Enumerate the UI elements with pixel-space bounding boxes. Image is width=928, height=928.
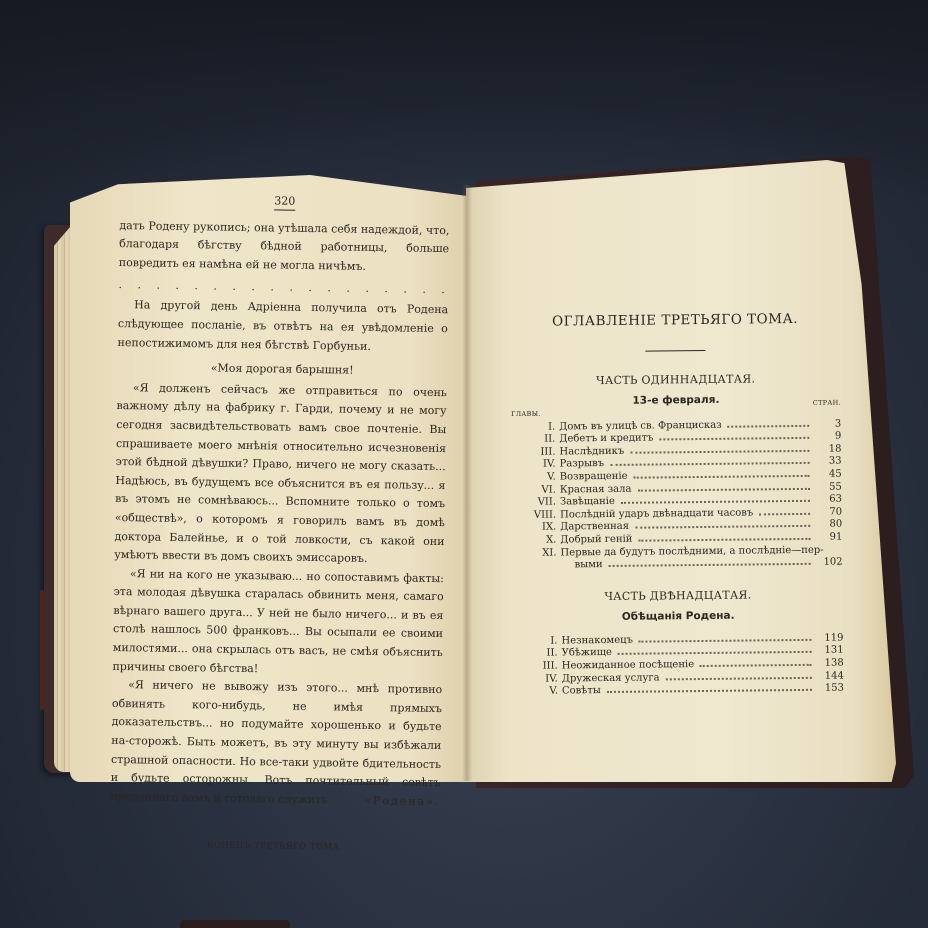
dot-leader [638,538,810,542]
end-of-volume-note: КОНЕЦЪ ТРЕТЬЯГО ТОМА. [110,835,440,859]
page-number: 320 [120,190,450,214]
page-ref: 144 [818,670,844,681]
page-edge-stain [40,590,44,710]
page-ref: 138 [818,657,844,668]
dot-leader [621,500,810,504]
part-heading: ЧАСТЬ ДВѢНАДЦАТАЯ. [513,588,843,604]
paragraph: На другой день Адріенна получила отъ Род… [117,296,448,357]
title-rule [645,350,705,352]
chapter-number: VII. [512,497,560,509]
dot-leader [607,689,812,693]
dot-leader [637,487,809,491]
chapter-title: Совѣты [562,685,601,696]
chapter-title: Наслѣдникъ [559,446,624,458]
chapter-title: Красная зала [560,483,632,495]
page-ref: 9 [815,431,841,442]
dot-leader [639,639,812,643]
page-ref: 3 [815,418,841,429]
page-ref: 80 [816,519,842,530]
chapter-title: Послѣдній ударъ двѣнадцати часовъ [560,507,753,520]
table-of-contents: ОГЛАВЛЕНІЕ ТРЕТЬЯГО ТОМА. ЧАСТЬ ОДИННАДЦ… [510,309,844,698]
book-gutter [462,185,472,781]
paragraph: дать Родену рукопись; она утѣшала себя н… [119,217,450,278]
page-ref: 18 [815,443,841,454]
page-ref: 91 [816,531,842,542]
page-ref: 33 [816,456,842,467]
page-ref: 63 [816,494,842,505]
chapter-number: IX. [512,522,560,534]
dot-leader [610,462,810,466]
chapter-number: III. [511,446,559,458]
chapter-title: Дебетъ и кредитъ [559,433,653,445]
dot-leader [759,513,810,516]
chapter-number: V. [512,471,560,483]
chapter-title: Дарственная [560,521,629,533]
chapter-number: I. [511,421,559,433]
chapter-number: IV. [514,673,562,685]
col-pages-label: СТРАН. [813,399,841,417]
chapter-number: II. [514,648,562,660]
section-separator: . . . . . . . . . . . . . . . . . . . . … [118,276,448,299]
toc-list: I.Домъ въ улицѣ св. Францисказ3II.Дебетъ… [511,417,843,572]
page-ref: 131 [818,645,844,656]
dot-leader [630,450,809,454]
chapter-number: XI. [512,547,560,559]
chapter-number: III. [514,660,562,672]
dot-leader [660,437,810,441]
chapter-number: IV. [512,459,560,471]
part-heading: ЧАСТЬ ОДИННАДЦАТАЯ. [511,372,841,388]
dot-leader [618,651,812,655]
chapter-number: VIII. [512,509,560,521]
chapter-number: I. [513,635,561,647]
object-edge [180,920,290,928]
paragraph: «Я ничего не вывожу изъ этого... мнѣ про… [110,676,442,811]
page-ref: 70 [816,506,842,517]
chapter-title: Незнакомецъ [561,634,633,646]
dot-leader [666,676,812,680]
page-ref: 153 [818,683,844,694]
paragraph: «Я ни на кого не указываю... но сопостав… [112,565,444,682]
toc-list: I.Незнакомецъ119II.Убѣжище131III.Неожида… [513,631,844,697]
chapter-title-continued: выми [575,559,603,570]
chapter-title: Добрый геній [560,534,632,546]
part-subtitle: 13-е февраля. [511,393,841,408]
toc-title: ОГЛАВЛЕНІЕ ТРЕТЬЯГО ТОМА. [510,311,840,330]
dot-leader [700,664,812,667]
chapter-number: V. [514,686,562,698]
chapter-number: II. [511,434,559,446]
page-ref: 45 [816,469,842,480]
chapter-number: VI. [512,484,560,496]
paragraph: «Я долженъ сейчасъ же отправиться по оче… [114,379,447,570]
chapter-title: Неожиданное посѣщеніе [562,659,695,671]
col-chapters-label: ГЛАВЫ. [511,410,541,420]
chapter-title: Возвращеніе [560,471,628,483]
part-subtitle: Обѣщанія Родена. [513,609,843,624]
chapter-title: Домъ въ улицѣ св. Францисказ [559,419,722,432]
chapter-title: Убѣжище [562,647,612,659]
dot-leader [609,563,811,567]
dot-leader [728,424,810,427]
dot-leader [635,525,810,529]
left-page-text: 320 дать Родену рукопись; она утѣшала се… [110,190,450,859]
dot-leader [634,475,810,479]
chapter-title: Завѣщаніе [560,496,615,508]
chapter-title: Дружеская услуга [562,672,660,684]
page-ref: 102 [817,557,843,568]
letter-salutation: «Моя дорогая барышня! [117,358,447,382]
chapter-title: Разрывъ [560,458,605,469]
chapter-number: X. [512,534,560,546]
page-ref: 119 [817,632,843,643]
page-ref: 55 [816,481,842,492]
